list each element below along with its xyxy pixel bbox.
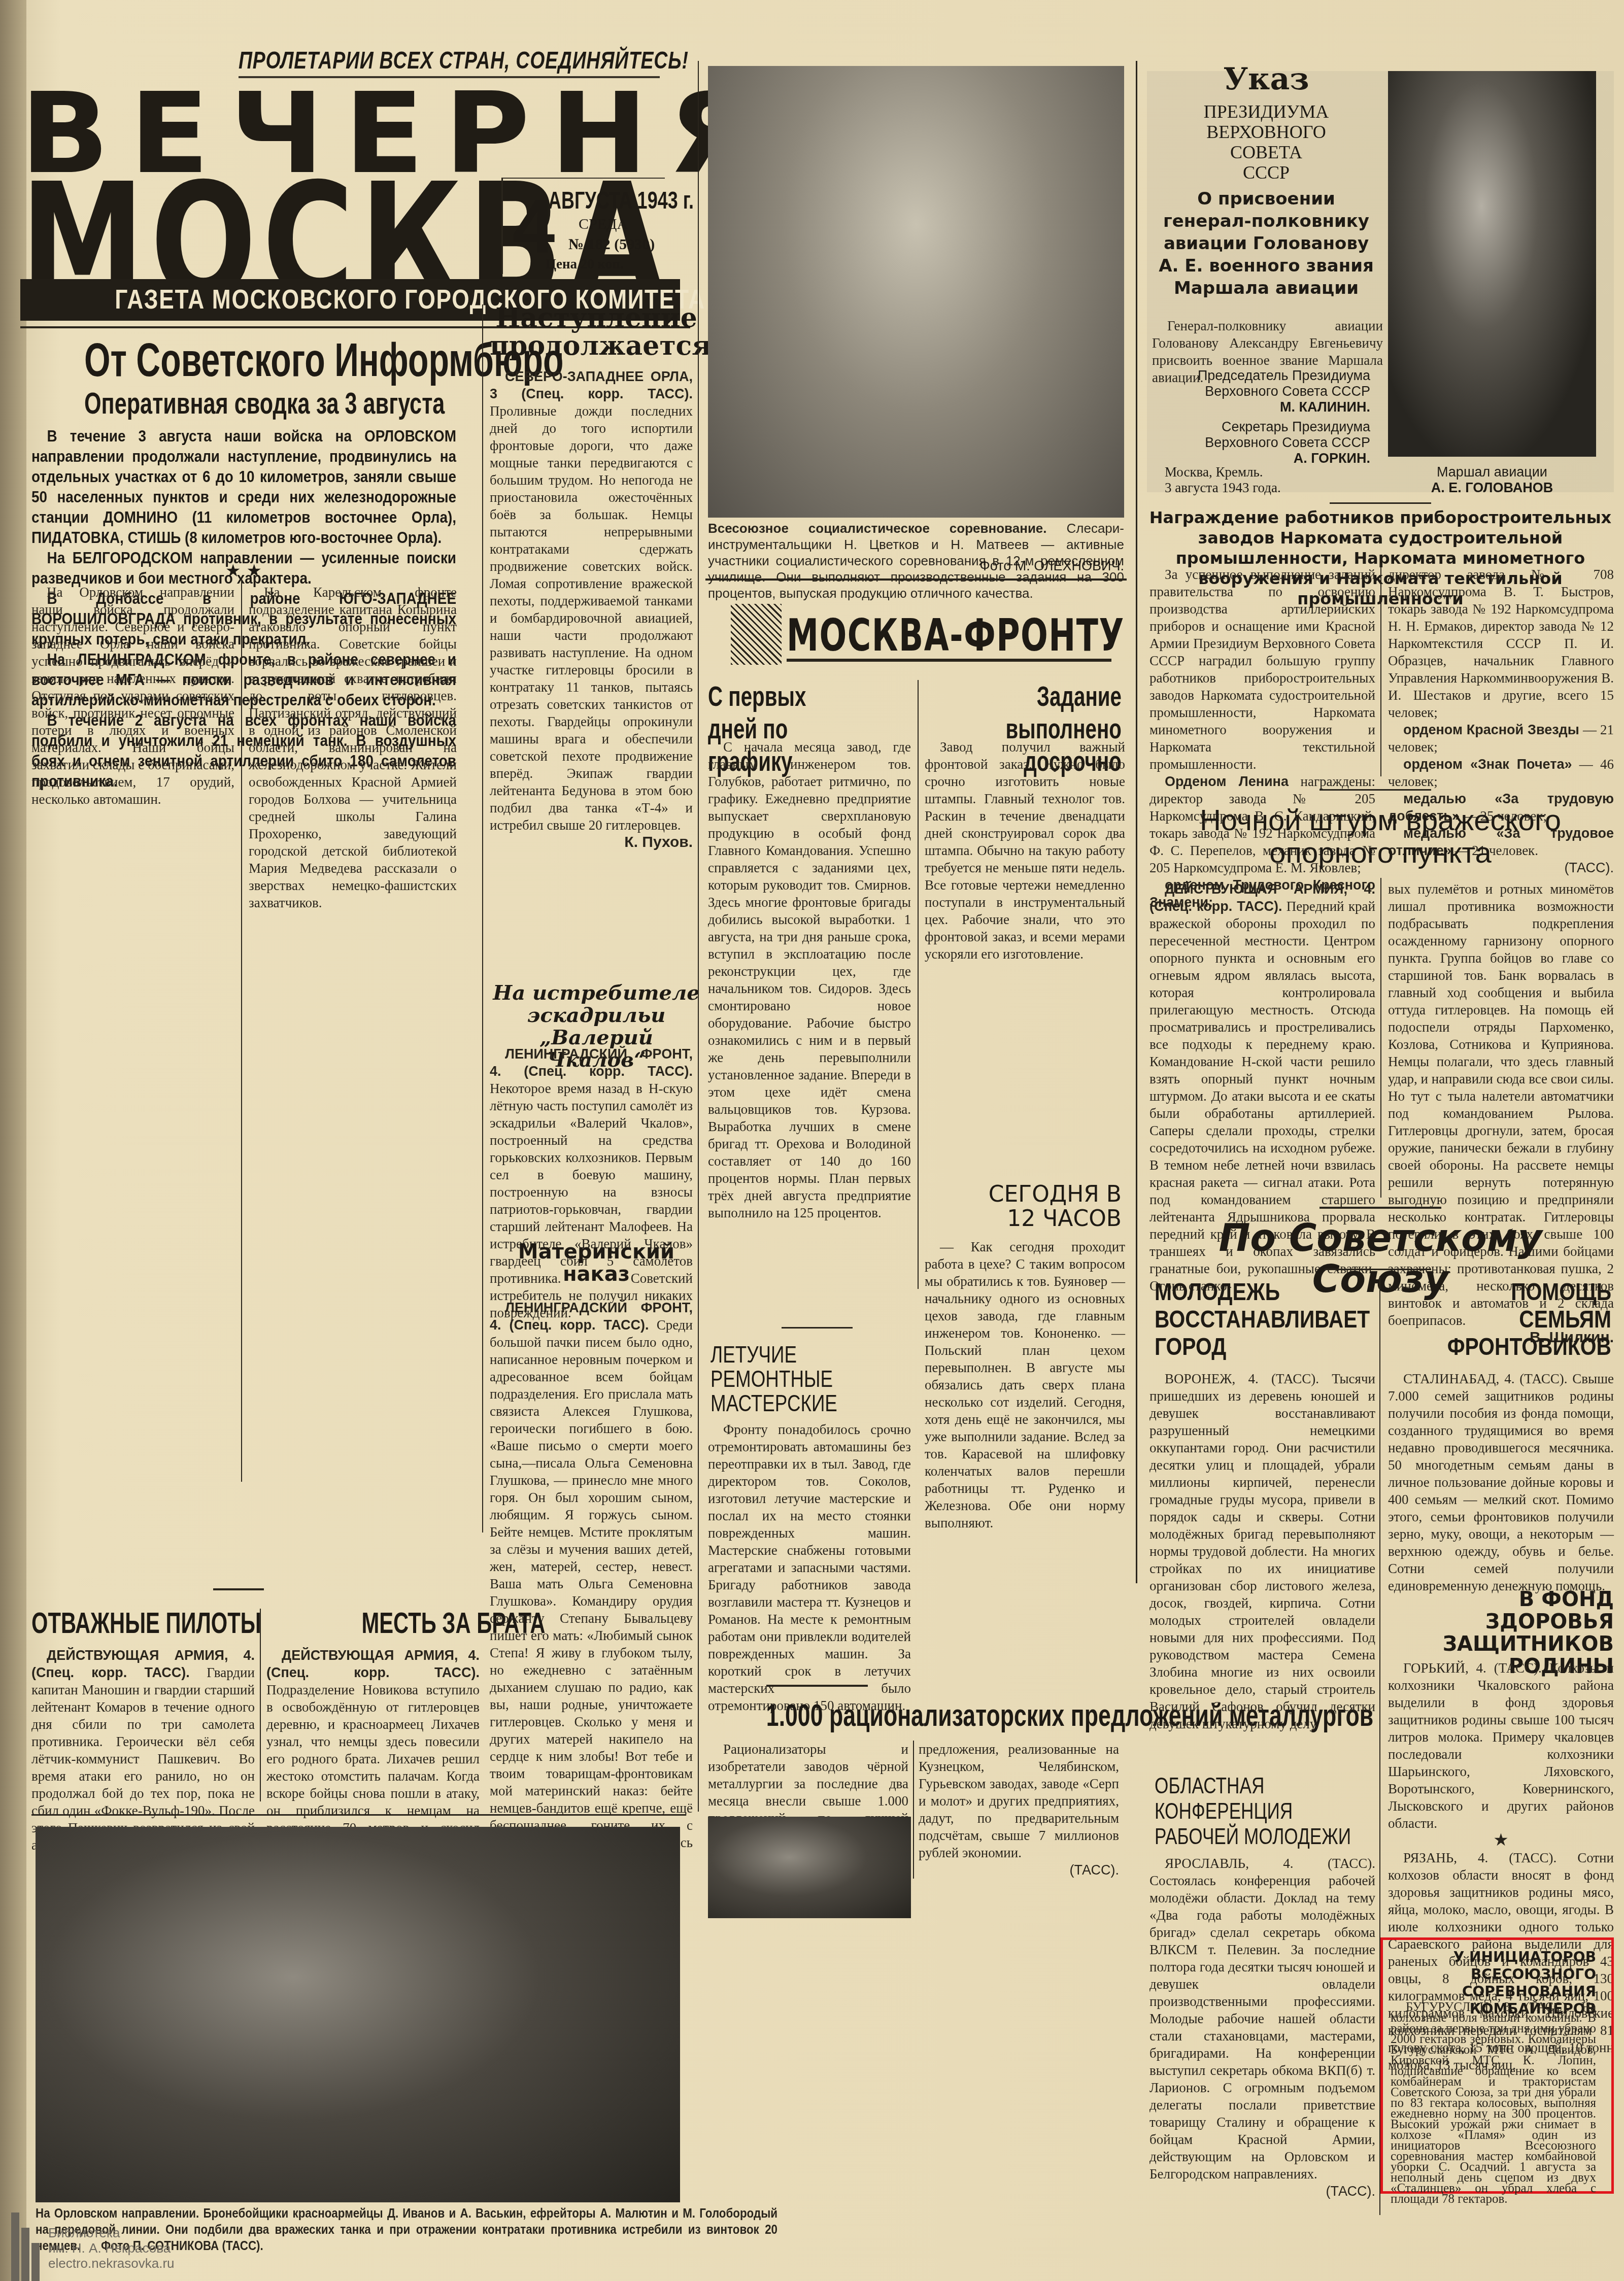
informburo-column-2: На Карельском фронте подразделение капит… (249, 584, 457, 911)
star-divider: ★ (1388, 1832, 1614, 1849)
section-rule (705, 578, 1127, 581)
frontline-photo (36, 1827, 680, 2202)
signatory-name: М. КАЛИНИН. (1152, 399, 1370, 415)
article-text: — Как сегодня проходит работа в цехе? С … (925, 1238, 1125, 1531)
portrait-caption: Маршал авиации А. Е. ГОЛОВАНОВ (1388, 464, 1596, 496)
dateline: ЛЕНИНГРАДСКИЙ ФРОНТ, 4. (Спец. корр. ТАС… (490, 1046, 693, 1079)
issue-price: Цена 20 коп. (546, 256, 624, 272)
pervye-dni-article: С начала месяца завод, где главным инжен… (708, 738, 911, 1221)
article-text: Гвардии капитан Маношин и гвардии старши… (31, 1665, 255, 1853)
workers-photo (708, 66, 1124, 518)
issuer-line: ПРЕЗИДИУМА (1147, 101, 1385, 122)
article-signature: К. Пухов. (490, 834, 693, 851)
metallurgi-title: 1.000 рационализаторских предложений мет… (766, 1697, 1066, 1733)
informburo-title: От Советского Информбюро (84, 334, 413, 387)
short-divider (1319, 789, 1431, 791)
ukaz-place: Москва, Кремль. (1165, 464, 1281, 480)
golovanov-portrait (1388, 71, 1596, 457)
ornament-divider (213, 1588, 264, 1590)
segodnya-article: — Как сегодня проходит работа в цехе? С … (925, 1238, 1125, 1531)
molodezh-title: МОЛОДЕЖЬ ВОССТАНАВЛИВАЕТ ГОРОД (1155, 1279, 1344, 1361)
issuer-line: СССР (1147, 162, 1385, 183)
letuchie-article: Фронту понадобилось срочно отремонтирова… (708, 1421, 911, 1714)
ukaz-heading: О присвоении генерал-полковнику авиации … (1152, 188, 1380, 299)
watermark-bar (21, 2228, 29, 2281)
konferenciya-article: ЯРОСЛАВЛЬ, 4. (ТАСС). Состоялась конфере… (1149, 1855, 1375, 2200)
issue-weekday: СРЕДА (579, 216, 628, 233)
column-text: На Карельском фронте подразделение капит… (249, 584, 457, 911)
section-rule (31, 1814, 686, 1816)
issue-month-year: АВГУСТА 1943 г. (548, 187, 694, 215)
ukaz-title: Указ (1147, 63, 1385, 95)
informburo-subtitle: Оперативная сводка за 3 августа (84, 386, 413, 421)
summary-paragraph: В течение 3 августа наши войска на ОРЛОВ… (31, 426, 456, 548)
portrait-name: А. Е. ГОЛОВАНОВ (1388, 480, 1596, 496)
molodezh-article: ВОРОНЕЖ, 4. (ТАСС). Тысячи пришедших из … (1149, 1370, 1375, 1732)
kombainery-article: БУГУРУСЛАН, 3. (ТАСС). На колхозные поля… (1391, 2002, 1596, 2204)
watermark-line: Библиотека (48, 2225, 175, 2240)
artillery-illustration-icon (731, 604, 782, 665)
zadanie-article: Завод получил важный фронтовой заказ. Ну… (925, 738, 1125, 963)
dateline: ЯРОСЛАВЛЬ, 4. (ТАСС). (1165, 1856, 1375, 1871)
short-divider (1325, 1269, 1431, 1270)
column-divider (260, 1609, 261, 1801)
binding-spine (0, 0, 26, 2281)
award-order: орденом Красной Звезды (1403, 722, 1579, 737)
article-text: директор завода № 708 Наркомсудпрома В. … (1388, 566, 1614, 721)
konferenciya-title: ОБЛАСТНАЯ КОНФЕРЕНЦИЯ РАБОЧЕЙ МОЛОДЕЖИ (1155, 1774, 1366, 1850)
column-divider (1380, 563, 1381, 776)
ukaz-place-date: Москва, Кремль. 3 августа 1943 года. (1165, 464, 1281, 496)
moskva-frontu-title: МОСКВА-ФРОНТУ (787, 609, 1125, 661)
award-order: Орденом Ленина (1165, 774, 1289, 789)
award-order: орденом «Знак Почета» (1403, 757, 1572, 772)
star-divider: ★ ★ (193, 561, 294, 581)
short-divider (1330, 502, 1431, 504)
nastuplenie-article: СЕВЕРО-ЗАПАДНЕЕ ОРЛА, 3 (Спец. корр. ТАС… (490, 368, 693, 851)
article-credit: (ТАСС). (919, 1861, 1119, 1879)
watermark-line: им. Н. А. Некрасова (48, 2240, 175, 2256)
dateline: ДЕЙСТВУЮЩАЯ АРМИЯ, 4. (Спец. корр. ТАСС)… (266, 1648, 480, 1680)
caption-lead: Всесоюзное социалистическое соревнование… (708, 521, 1047, 536)
article-text: С начала месяца завод, где главным инжен… (708, 738, 911, 1221)
article-text: Колхозы и колхозники Чкаловского района … (1388, 1660, 1614, 1831)
moskva-frontu-banner: МОСКВА-ФРОНТУ (731, 599, 1116, 670)
watermark-bar (11, 2212, 19, 2281)
article-text: Среди большой пачки писем было одно, нап… (490, 1317, 693, 1867)
masthead-date-rule (502, 178, 665, 179)
article-text: Фронту понадобилось срочно отремонтирова… (708, 1421, 911, 1714)
column-divider (1136, 61, 1137, 1583)
article-text: На колхозные поля вышли комбайны. В райо… (1391, 2000, 1596, 2206)
dateline: ВОРОНЕЖ, 4. (ТАСС). (1165, 1371, 1319, 1386)
steelworks-photo (708, 1817, 911, 1918)
article-credit: (ТАСС). (1149, 2183, 1375, 2200)
pomosch-article: СТАЛИНАБАД, 4. (ТАСС). Свыше 7.000 семей… (1388, 1370, 1614, 1594)
watermark-link[interactable]: electro.nekrasovka.ru (48, 2256, 175, 2271)
column-divider (482, 304, 483, 1533)
pomosch-title: ПОМОЩЬ СЕМЬЯМ ФРОНТОВИКОВ (1422, 1279, 1611, 1361)
banner-underline (787, 659, 1111, 662)
dateline: СТАЛИНАБАД, 4. (ТАСС). (1403, 1371, 1567, 1386)
article-text: Завод получил важный фронтовой заказ. Ну… (925, 738, 1125, 963)
dateline: СЕВЕРО-ЗАПАДНЕЕ ОРЛА, 3 (Спец. корр. ТАС… (490, 369, 693, 401)
signatory-role: Секретарь Президиума Верховного Совета С… (1152, 419, 1370, 451)
segodnya-title: СЕГОДНЯ В 12 ЧАСОВ (964, 1182, 1122, 1232)
nakaz-article: ЛЕНИНГРАДСКИЙ ФРОНТ, 4. (Спец. корр. ТАС… (490, 1299, 693, 1868)
issue-number: № 182 (5930) (568, 236, 655, 253)
article-text: Проливные дожди последних дней до того и… (490, 403, 693, 833)
column-divider (918, 680, 919, 1289)
informburo-column-1: На Орловском направлении наши войска про… (31, 584, 234, 808)
nakaz-title: Материнский наказ (490, 1241, 703, 1285)
signatory-role: Председатель Президиума Верховного Совет… (1152, 368, 1370, 399)
watermark-bar (31, 2243, 40, 2281)
pilots-title: ОТВАЖНЫЕ ПИЛОТЫ (31, 1606, 261, 1640)
ukaz-issuer: ПРЕЗИДИУМА ВЕРХОВНОГО СОВЕТА СССР (1147, 101, 1385, 183)
article-text: Состоялась конференция рабочей молодёжи … (1149, 1873, 1375, 2182)
issuer-line: ВЕРХОВНОГО (1147, 122, 1385, 142)
masthead-divider (501, 178, 503, 274)
portrait-role: Маршал авиации (1388, 464, 1596, 480)
workers-photo-credit: Фото М. ОЛЕХНОВИЧ. (708, 558, 1124, 574)
ukaz-signatures: Председатель Президиума Верховного Совет… (1152, 368, 1370, 466)
shturm-title: Ночной штурм вражеского опорного пункта (1147, 804, 1614, 869)
pilots-article: ДЕЙСТВУЮЩАЯ АРМИЯ, 4. (Спец. корр. ТАСС)… (31, 1647, 255, 1854)
ukaz-date: 3 августа 1943 года. (1165, 480, 1281, 496)
column-divider (698, 61, 699, 1812)
library-watermark: Библиотека им. Н. А. Некрасова electro.n… (48, 2225, 175, 2271)
mest-title: МЕСТЬ ЗА БРАТА (361, 1606, 482, 1640)
dateline: ГОРЬКИЙ, 4. (ТАСС). (1403, 1660, 1542, 1676)
column-text: На Орловском направлении наши войска про… (31, 584, 234, 808)
short-divider (782, 1327, 853, 1329)
column-divider (1380, 878, 1381, 1198)
article-text: Тысячи пришедших из деревень юношей и де… (1149, 1371, 1375, 1731)
article-text: Свыше 7.000 семей защитников родины полу… (1388, 1371, 1614, 1593)
ornament-divider (766, 1685, 868, 1687)
article-text: За успешное выполнение заданий правитель… (1149, 566, 1375, 773)
dateline: РЯЗАНЬ, 4. (ТАСС). (1403, 1850, 1557, 1865)
column-divider (241, 578, 242, 1482)
nastuplenie-title: Наступление продолжается (490, 304, 703, 360)
letuchie-title: ЛЕТУЧИЕ РЕМОНТНЫЕ МАСТЕРСКИЕ (710, 1342, 897, 1415)
issuer-line: СОВЕТА (1147, 142, 1385, 162)
ornament-divider (1319, 1207, 1441, 1209)
